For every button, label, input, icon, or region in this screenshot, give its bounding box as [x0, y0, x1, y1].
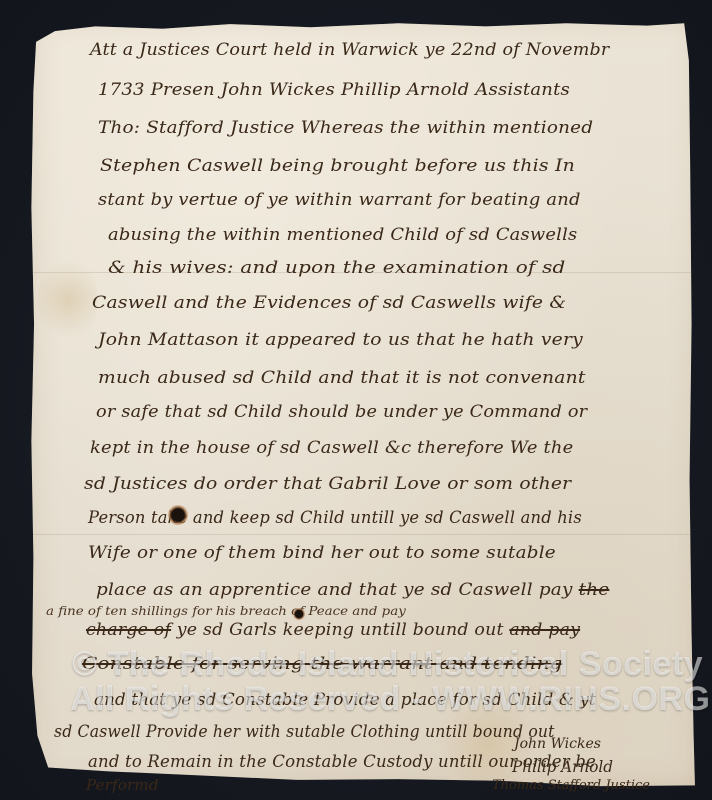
signature-john-wickes: John Wickes [514, 736, 601, 752]
ink-blot [168, 505, 188, 525]
signature-philip-arnold: Philip Arnold [512, 757, 613, 776]
manuscript-line-3: Tho: Stafford Justice Whereas the within… [98, 118, 593, 138]
manuscript-line-8: Caswell and the Evidences of sd Caswells… [92, 293, 566, 313]
ink-blot [293, 608, 305, 620]
manuscript-line-14: Person take and keep sd Child untill ye … [88, 508, 582, 528]
manuscript-line-19: and that ye sd Constable Provide a place… [94, 690, 596, 710]
struck-phrase: and pay [509, 620, 580, 640]
manuscript-line-17: charge of ye sd Garls keeping untill bou… [86, 620, 580, 640]
manuscript-line-6: abusing the within mentioned Child of sd… [108, 225, 577, 245]
struck-phrase: charge of [86, 620, 171, 640]
manuscript-line-16: place as an apprentice and that ye sd Ca… [96, 580, 609, 600]
manuscript-line-18-struck: Constable for serving the warrant and te… [82, 654, 563, 674]
manuscript-line-15: Wife or one of them bind her out to some… [88, 543, 556, 563]
manuscript-line-5: stant by vertue of ye within warrant for… [98, 190, 581, 210]
struck-word: the [579, 580, 610, 600]
manuscript-line-9: John Mattason it appeared to us that he … [98, 330, 583, 350]
manuscript-line-10: much abused sd Child and that it is not … [98, 368, 586, 388]
manuscript-line-13: sd Justices do order that Gabril Love or… [84, 474, 571, 494]
paper-stain [38, 254, 98, 344]
manuscript-line-1: Att a Justices Court held in Warwick ye … [90, 40, 610, 60]
manuscript-line-7: & his wives: and upon the examination of… [108, 258, 565, 278]
manuscript-line-22: Performd [86, 776, 159, 794]
paper-fold-line [28, 534, 701, 535]
signature-thomas-stafford: Thomas Stafford Justice [492, 778, 650, 793]
manuscript-line-2: 1733 Presen John Wickes Phillip Arnold A… [98, 80, 570, 100]
manuscript-line-11: or safe that sd Child should be under ye… [96, 402, 587, 422]
manuscript-line-20: sd Caswell Provide her with sutable Clot… [54, 722, 555, 742]
manuscript-line-4: Stephen Caswell being brought before us … [100, 156, 575, 176]
interlinear-insertion: a fine of ten shillings for his breach o… [46, 603, 406, 618]
manuscript-line-12: kept in the house of sd Caswell &c there… [90, 438, 573, 458]
